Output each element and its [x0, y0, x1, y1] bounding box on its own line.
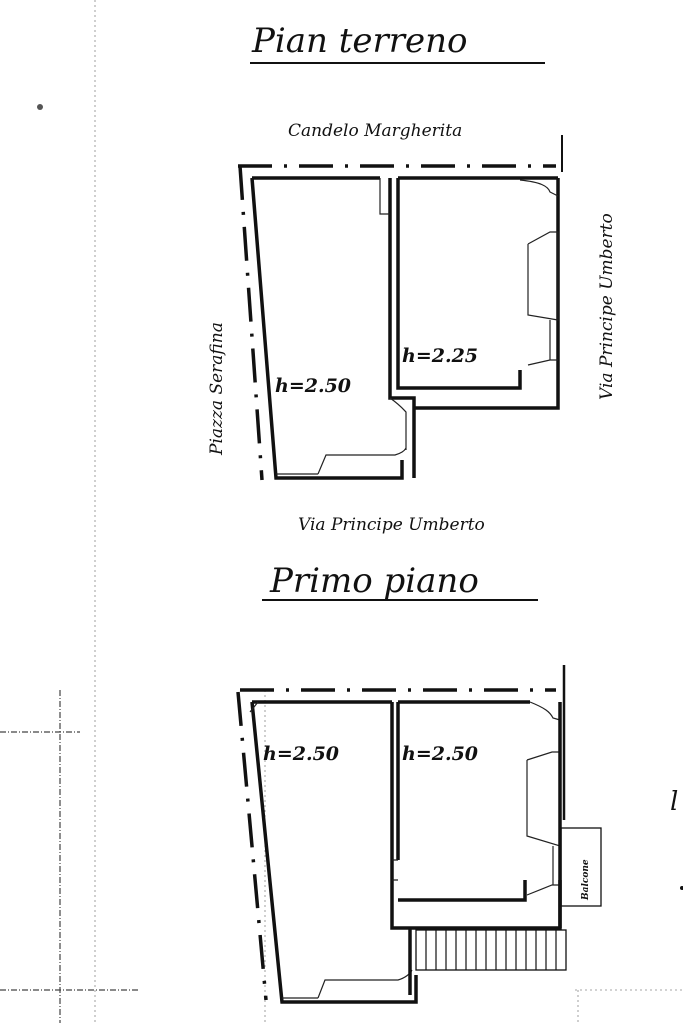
ground-right-room-height: h=2.25: [402, 345, 478, 367]
street-label-left: Piazza Serafina: [207, 322, 227, 456]
street-label-top: Candelo Margherita: [288, 121, 462, 141]
ground-floor-title-text: Pian terreno: [251, 21, 468, 61]
ground-left-room-height: h=2.50: [275, 375, 351, 397]
first-floor-title: Primo piano: [262, 561, 538, 601]
street-label-bottom: Via Principe Umberto: [298, 515, 485, 535]
stairs: [416, 930, 566, 970]
margin-glyph: l: [670, 787, 678, 817]
first-floor-plan: [238, 665, 601, 1002]
ground-floor-title: Pian terreno: [250, 21, 545, 63]
ground-floor-plan: [238, 135, 562, 480]
first-floor-title-text: Primo piano: [269, 561, 479, 601]
first-left-room-height: h=2.50: [263, 743, 339, 765]
floor-plan-drawing: Pian terreno Candelo Margherita Via Prin…: [0, 0, 683, 1023]
street-label-right: Via Principe Umberto: [597, 213, 617, 400]
balcony-label: Balcone: [581, 859, 591, 901]
first-right-room-height: h=2.50: [402, 743, 478, 765]
ink-speck: [37, 104, 43, 110]
